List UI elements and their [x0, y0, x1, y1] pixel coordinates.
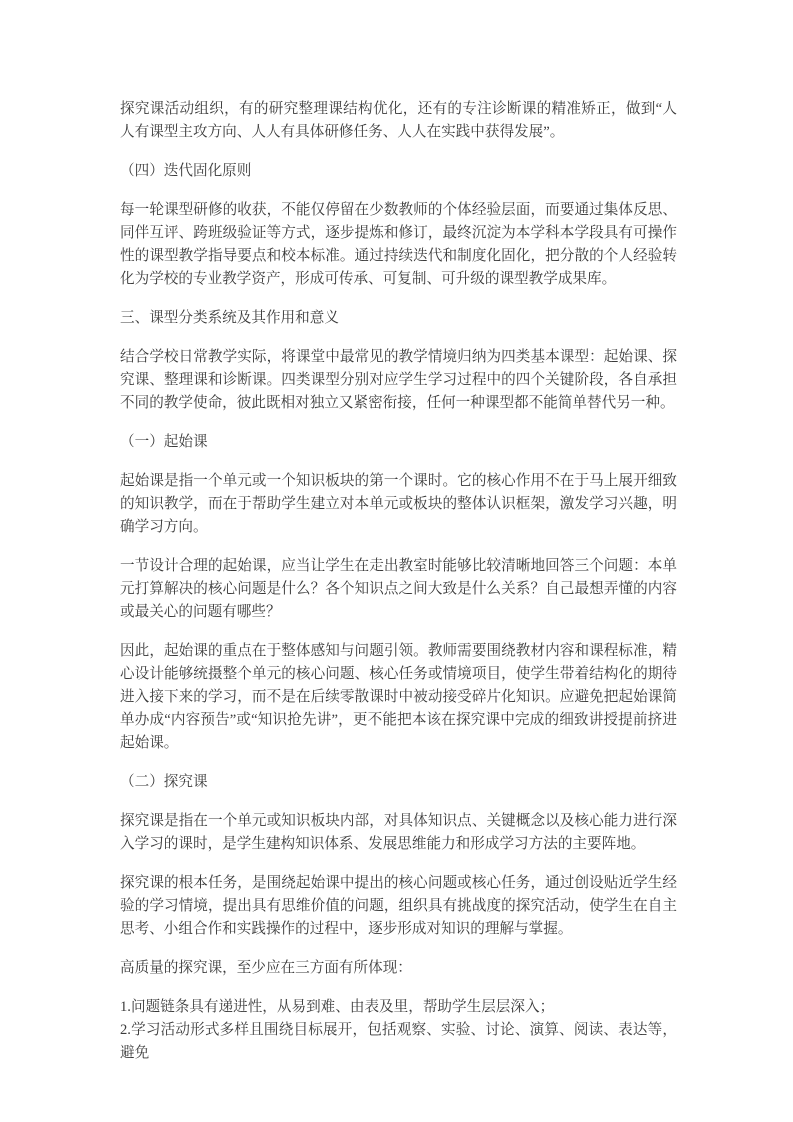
- chapter-heading-3-classification: 三、课型分类系统及其作用和意义: [120, 307, 677, 330]
- document-content: 探究课活动组织，有的研究整理课结构优化，还有的专注诊断课的精准矫正，做到“人人有…: [120, 98, 677, 1065]
- document-page: 探究课活动组织，有的研究整理课结构优化，还有的专注诊断课的精准矫正，做到“人人有…: [0, 0, 793, 1122]
- paragraph: 结合学校日常教学实际，将课堂中最常见的教学情境归纳为四类基本课型：起始课、探究课…: [120, 346, 677, 415]
- list-item: 2.学习活动形式多样且围绕目标展开，包括观察、实验、讨论、演算、阅读、表达等，避…: [120, 1019, 677, 1065]
- paragraph-continuation: 探究课活动组织，有的研究整理课结构优化，还有的专注诊断课的精准矫正，做到“人人有…: [120, 98, 677, 144]
- section-heading-1-starting-lesson: （一）起始课: [120, 431, 677, 454]
- paragraph: 一节设计合理的起始课，应当让学生在走出教室时能够比较清晰地回答三个问题：本单元打…: [120, 555, 677, 624]
- section-heading-4-iteration-principle: （四）迭代固化原则: [120, 160, 677, 183]
- paragraph-lead-in: 高质量的探究课，至少应在三方面有所体现：: [120, 957, 677, 980]
- list-item: 1.问题链条具有递进性，从易到难、由表及里，帮助学生层层深入；: [120, 996, 677, 1019]
- paragraph: 每一轮课型研修的收获，不能仅停留在少数教师的个体经验层面，而要通过集体反思、同伴…: [120, 199, 677, 291]
- paragraph: 起始课是指一个单元或一个知识板块的第一个课时。它的核心作用不在于马上展开细致的知…: [120, 470, 677, 539]
- paragraph: 探究课是指在一个单元或知识板块内部，对具体知识点、关键概念以及核心能力进行深入学…: [120, 810, 677, 856]
- paragraph: 因此，起始课的重点在于整体感知与问题引领。教师需要围绕教材内容和课程标准，精心设…: [120, 640, 677, 755]
- section-heading-2-inquiry-lesson: （二）探究课: [120, 771, 677, 794]
- paragraph: 探究课的根本任务，是围绕起始课中提出的核心问题或核心任务，通过创设贴近学生经验的…: [120, 872, 677, 941]
